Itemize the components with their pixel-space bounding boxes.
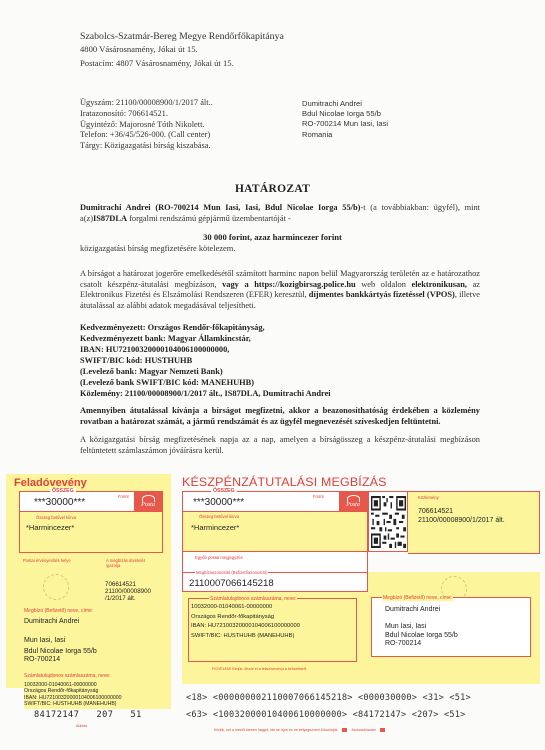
beneficiary-line: Kedvezményezett: Országos Rendőr-főkapit… bbox=[80, 322, 331, 333]
receipt-sign-footer: Aláírás bbox=[76, 724, 87, 728]
beneficiary-line: SWIFT/BIC kód: HUSTHUHB bbox=[80, 355, 331, 366]
sender-organization: Szabolcs-Szatmár-Bereg Megye Rendőrfőkap… bbox=[80, 30, 284, 43]
payer-id-value: 2110007066145218 bbox=[189, 578, 274, 589]
amount-label: ÖSSZEG bbox=[50, 488, 76, 494]
sender-postal-address: Postacím: 4807 Vásárosnamény, Jókai út 1… bbox=[80, 57, 284, 69]
payment-website-link[interactable]: vagy a https://kozigbirsag.police.hu bbox=[222, 280, 356, 289]
payer-id-field: Megbízóazonosító (Befizetőazonosító) 211… bbox=[182, 572, 368, 592]
payment-text-bold-3: díjmentes bankkártyás fizetéssel (VPOS) bbox=[309, 290, 455, 299]
transfer-payer-name: Dumitrachi Andrei bbox=[385, 606, 440, 613]
payment-text-2: web oldalon bbox=[356, 280, 412, 289]
decision-name: Dumitrachi Andrei (RO-700214 Mun Iasi, I… bbox=[80, 203, 360, 212]
case-info: Ügyszám: 21100/00008900/1/2017 ált.. Ira… bbox=[80, 98, 213, 152]
receipt-amount: ***30000*** bbox=[34, 497, 85, 508]
recipient-street: Bdul Nicolae Iorga 55/b bbox=[302, 109, 388, 119]
receipt-code: 84172147 207 51 bbox=[34, 710, 142, 720]
ocr-code-line-2: <63> <10032000010400610000000> <84172147… bbox=[186, 710, 465, 720]
subject: Tárgy: Közigazgatási bírság kiszabása. bbox=[80, 141, 213, 152]
transfer-order-title: KÉSZPÉNZÁTUTALÁSI MEGBÍZÁS bbox=[182, 475, 387, 489]
qr-code-box bbox=[368, 491, 408, 552]
beneficiary-line: (Levelező bank: Magyar Nemzeti Bank) bbox=[80, 366, 331, 377]
stamp-label: Postai érvényesítés helye bbox=[23, 558, 71, 563]
qr-code-icon bbox=[371, 496, 406, 548]
payer-label: Megbízó (Befizető) neve, címe: bbox=[382, 595, 453, 601]
phone: Telefon: +36/45/526-000. (Call center) bbox=[80, 130, 213, 141]
footer-note: Kérjük, ezt a mezőt üresen hagyni, ide s… bbox=[214, 728, 389, 732]
stamp-circle bbox=[43, 574, 69, 600]
ocr-code-line-1: <18> <000000002110007066145218> <0000300… bbox=[186, 693, 471, 703]
notice-value: 706614521 21100/00008900/1/2017 ált. bbox=[418, 507, 505, 525]
currency-label: Forint bbox=[118, 494, 129, 499]
recipient-country: Romania bbox=[302, 130, 388, 140]
beneficiary-block: Kedvezményezett: Országos Rendőr-főkapit… bbox=[80, 322, 331, 399]
recipient-name: Dumitrachi Andrei bbox=[302, 99, 388, 109]
beneficiary-line: Közlemény: 21100/00008900/1/2017 ált., I… bbox=[80, 388, 331, 399]
document-id: Iratazonosító: 706614521. bbox=[80, 109, 213, 120]
obligation-text: közigazgatási bírság megfizetésére kötel… bbox=[80, 244, 480, 255]
vehicle-plate: IS87DLA bbox=[93, 214, 127, 223]
receipt-payer-address: Mun Iasi, Iasi Bdul Nicolae Iorga 55/b R… bbox=[24, 637, 97, 665]
warning-label: FIGYELEM! Kérjük, őrizze el a feladóvevé… bbox=[212, 667, 306, 671]
receipt-sign-label: A megbízás átvételét igazolja bbox=[106, 558, 156, 568]
posta-logo-icon: Posta bbox=[134, 492, 162, 512]
payer-label: Megbízó (Befizető) neve, címe: bbox=[24, 608, 93, 614]
fine-amount: 30 000 forint, azaz harmincezer forint bbox=[0, 232, 545, 242]
notice-label: Közlemény bbox=[418, 495, 439, 500]
transfer-amount-words: *Harmincezer* bbox=[191, 523, 239, 532]
amount-label: ÖSSZEG bbox=[211, 488, 237, 494]
payer-box: Megbízó (Befizető) neve, címe: Dumitrach… bbox=[371, 597, 531, 657]
case-number: Ügyszám: 21100/00008900/1/2017 ált.. bbox=[80, 98, 213, 109]
recipient-city: RO-700214 Mun Iasi, Iasi bbox=[302, 119, 388, 129]
beneficiary-line: Kedvezményezett bank: Magyar Államkincst… bbox=[80, 333, 331, 344]
recipient-address: Dumitrachi Andrei Bdul Nicolae Iorga 55/… bbox=[302, 99, 388, 140]
receipt-reference: 706614521 21100/00008900 /1/2017 ált. bbox=[105, 581, 151, 603]
decision-paragraph: Dumitrachi Andrei (RO-700214 Mun Iasi, I… bbox=[80, 203, 480, 224]
other-notes-field: Egyéb postai megjegyzés bbox=[182, 552, 368, 572]
posta-logo-icon: Posta bbox=[339, 492, 367, 512]
notice-box: Közlemény 706614521 21100/00008900/1/201… bbox=[408, 491, 540, 554]
administrator: Ügyintéző: Majorosné Tóth Nikolett. bbox=[80, 120, 213, 131]
square-marker-icon bbox=[342, 728, 347, 732]
transfer-notice: Amennyiben átutalással kívánja a bírságo… bbox=[80, 406, 480, 427]
payment-paragraph: A bírságot a határozat jogerőre emelkedé… bbox=[80, 269, 480, 311]
account-label: Számlatulajdonos számlaszáma, neve: bbox=[24, 673, 110, 679]
receipt-slip: Feladóvevény ÖSSZEG Forint ***30000*** P… bbox=[6, 474, 171, 688]
payment-date-text: A közigazgatási bírság megfizetésének na… bbox=[80, 435, 480, 456]
beneficiary-line: (Levelező bank SWIFT/BIC kód: MANEHUHB) bbox=[80, 377, 331, 388]
receipt-account-info: 10032000-01040061-00000000 Országos Rend… bbox=[24, 682, 171, 709]
receipt-amount-words: *Harmincezer* bbox=[26, 523, 74, 532]
transfer-amount: ***30000*** bbox=[193, 497, 244, 508]
decision-text-2: forgalmi rendszámú gépjármű üzembentartó… bbox=[127, 214, 291, 223]
document-title: HATÁROZAT bbox=[0, 183, 545, 195]
square-marker-icon bbox=[380, 728, 385, 732]
amount-words-label: Összeg betűvel kiírva bbox=[36, 515, 76, 520]
payer-id-label: Megbízóazonosító (Befizetőazonosító) bbox=[195, 570, 268, 575]
transfer-order-slip: KÉSZPÉNZÁTUTALÁSI MEGBÍZÁS ÖSSZEG Forint… bbox=[176, 474, 545, 684]
transfer-account-info: 10032000-01040061-00000000 Országos Rend… bbox=[191, 603, 300, 641]
payment-slip: Feladóvevény ÖSSZEG Forint ***30000*** P… bbox=[6, 474, 545, 750]
beneficiary-line: IBAN: HU72100320000104006100000000, bbox=[80, 344, 331, 355]
other-notes-label: Egyéb postai megjegyzés bbox=[195, 555, 243, 560]
account-label: Számlatulajdonos számlaszáma, neve: bbox=[209, 596, 297, 602]
receipt-amount-box: ÖSSZEG Forint ***30000*** Posta Összeg b… bbox=[19, 491, 163, 553]
account-owner-box: Számlatulajdonos számlaszáma, neve: 1003… bbox=[188, 598, 357, 662]
transfer-amount-box: ÖSSZEG Forint ***30000*** Posta Összeg b… bbox=[182, 491, 368, 552]
transfer-payer-address: Mun Iasi, Iasi Bdul Nicolae Iorga 55/b R… bbox=[385, 623, 458, 649]
amount-words-label: Összeg betűvel kiírva bbox=[199, 514, 239, 519]
payment-text-bold-2: elektronikusan, bbox=[412, 280, 467, 289]
receipt-payer-name: Dumitrachi Andrei bbox=[24, 618, 79, 625]
sender-block: Szabolcs-Szatmár-Bereg Megye Rendőrfőkap… bbox=[80, 30, 284, 69]
currency-label: Forint bbox=[313, 494, 324, 499]
sender-address: 4800 Vásárosnamény, Jókai út 15. bbox=[80, 43, 284, 55]
